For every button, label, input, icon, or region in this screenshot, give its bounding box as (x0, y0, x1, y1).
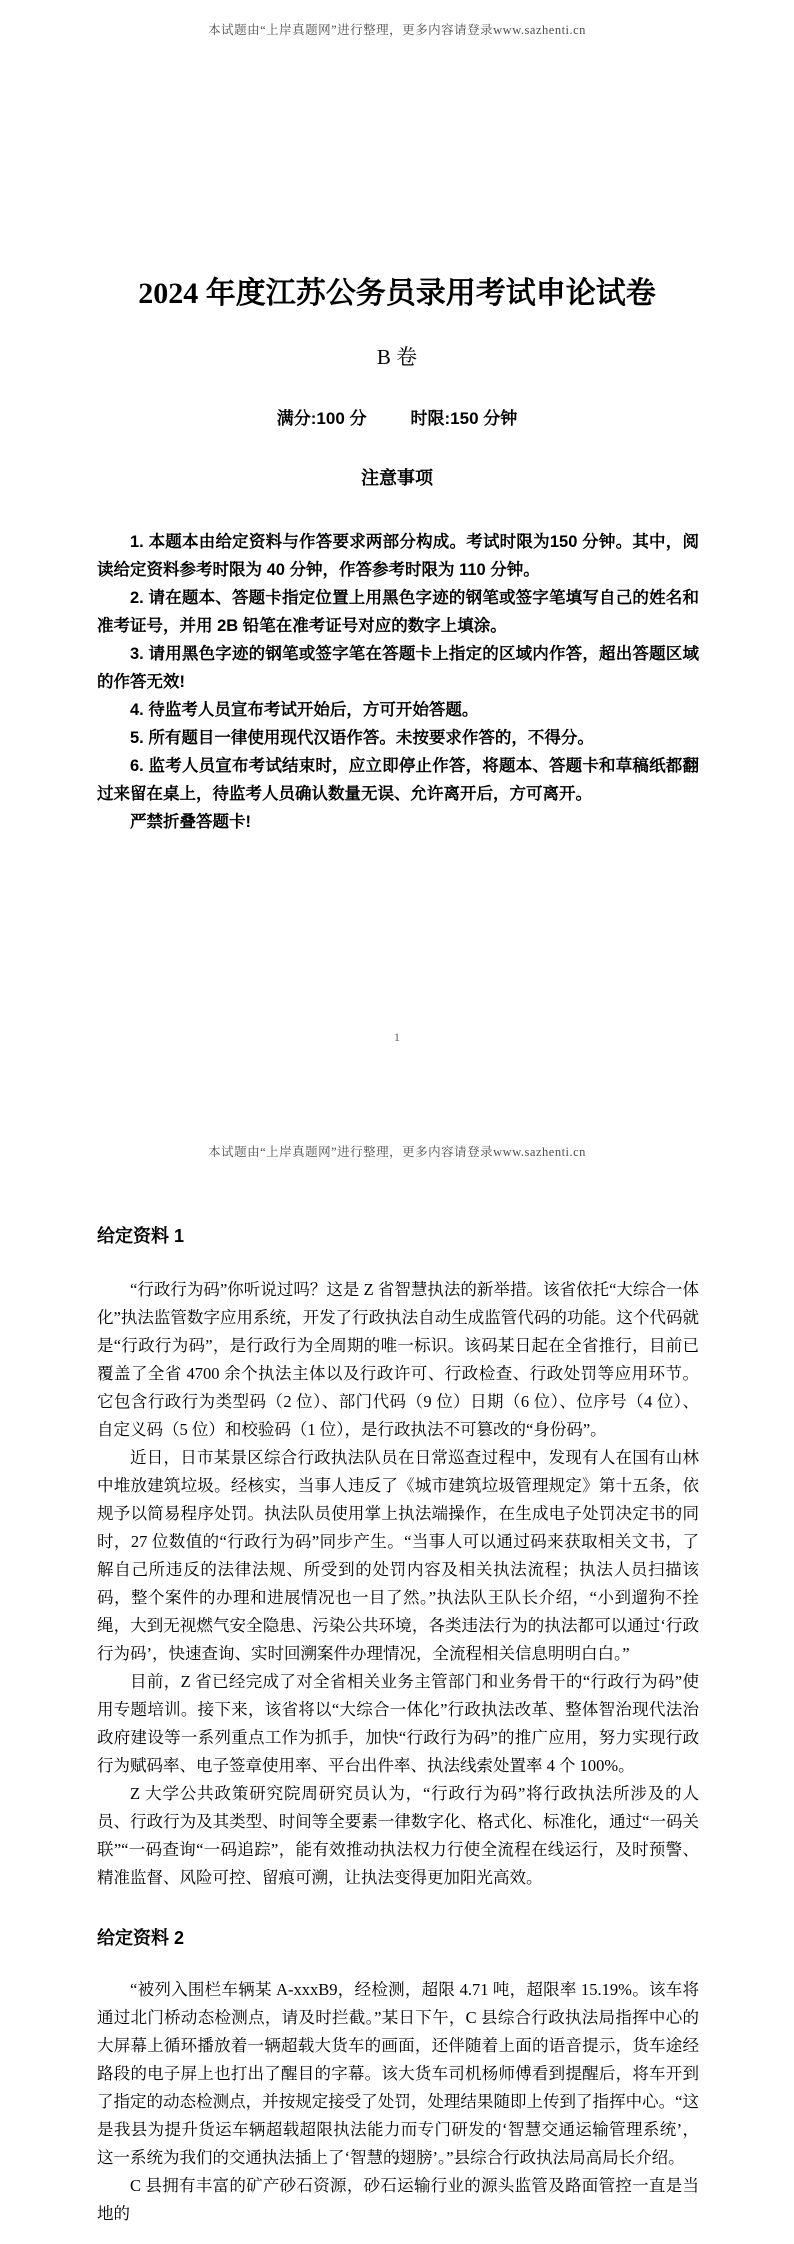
page-number-1: 1 (0, 1030, 794, 1045)
exam-document: 本试题由“上岸真题网”进行整理，更多内容请登录www.sazhenti.cn 2… (0, 0, 794, 2244)
section-heading-material-2: 给定资料 2 (97, 1924, 699, 1950)
watermark-note: 本试题由“上岸真题网”进行整理，更多内容请登录www.sazhenti.cn (0, 20, 794, 38)
notice-item-2: 2. 请在题本、答题卡指定位置上用黑色字迹的钢笔或签字笔填写自己的姓名和准考证号… (97, 584, 699, 640)
materials-content: 给定资料 1 “行政行为码”你听说过吗？这是 Z 省智慧执法的新举措。该省依托“… (97, 1222, 699, 2228)
notices-heading: 注意事项 (0, 464, 794, 490)
watermark-note: 本试题由“上岸真题网”进行整理，更多内容请登录www.sazhenti.cn (0, 1142, 794, 1160)
exam-subtitle: B 卷 (0, 341, 794, 371)
page-number-2: 2 (0, 2152, 794, 2167)
notice-item-5: 5. 所有题目一律使用现代汉语作答。未按要求作答的，不得分。 (97, 724, 699, 752)
notice-item-6: 6. 监考人员宣布考试结束时，应立即停止作答，将题本、答题卡和草稿纸都翻过来留在… (97, 752, 699, 808)
exam-title: 2024 年度江苏公务员录用考试申论试卷 (0, 268, 794, 312)
notice-item-1: 1. 本题本由给定资料与作答要求两部分构成。考试时限为150 分钟。其中，阅读给… (97, 528, 699, 584)
material-1-paragraph-1: “行政行为码”你听说过吗？这是 Z 省智慧执法的新举措。该省依托“大综合一体化”… (97, 1276, 699, 1444)
material-2-paragraph-2: C 县拥有丰富的矿产砂石资源，砂石运输行业的源头监管及路面管控一直是当地的 (97, 2172, 699, 2228)
page-1: 本试题由“上岸真题网”进行整理，更多内容请登录www.sazhenti.cn 2… (0, 0, 794, 1122)
notices-list: 1. 本题本由给定资料与作答要求两部分构成。考试时限为150 分钟。其中，阅读给… (97, 528, 699, 836)
section-heading-material-1: 给定资料 1 (97, 1222, 699, 1248)
full-score-label: 满分:100 分 (277, 409, 367, 428)
material-1-paragraph-2: 近日，日市某景区综合行政执法队员在日常巡查过程中，发现有人在国有山林中堆放建筑垃… (97, 1444, 699, 1668)
material-2-paragraph-1: “被列入围栏车辆某 A-xxxB9，经检测，超限 4.71 吨，超限率 15.1… (97, 1976, 699, 2172)
notice-item-3: 3. 请用黑色字迹的钢笔或签字笔在答题卡上指定的区域内作答，超出答题区域的作答无… (97, 640, 699, 696)
page-2: 本试题由“上岸真题网”进行整理，更多内容请登录www.sazhenti.cn 给… (0, 1122, 794, 2244)
time-limit-label: 时限:150 分钟 (411, 409, 518, 428)
material-1-paragraph-4: Z 大学公共政策研究院周研究员认为，“行政行为码”将行政执法所涉及的人员、行政行… (97, 1780, 699, 1892)
score-time-line: 满分:100 分时限:150 分钟 (0, 404, 794, 429)
notice-item-4: 4. 待监考人员宣布考试开始后，方可开始答题。 (97, 696, 699, 724)
notice-item-no-fold: 严禁折叠答题卡! (97, 808, 699, 836)
material-1-paragraph-3: 目前，Z 省已经完成了对全省相关业务主管部门和业务骨干的“行政行为码”使用专题培… (97, 1668, 699, 1780)
